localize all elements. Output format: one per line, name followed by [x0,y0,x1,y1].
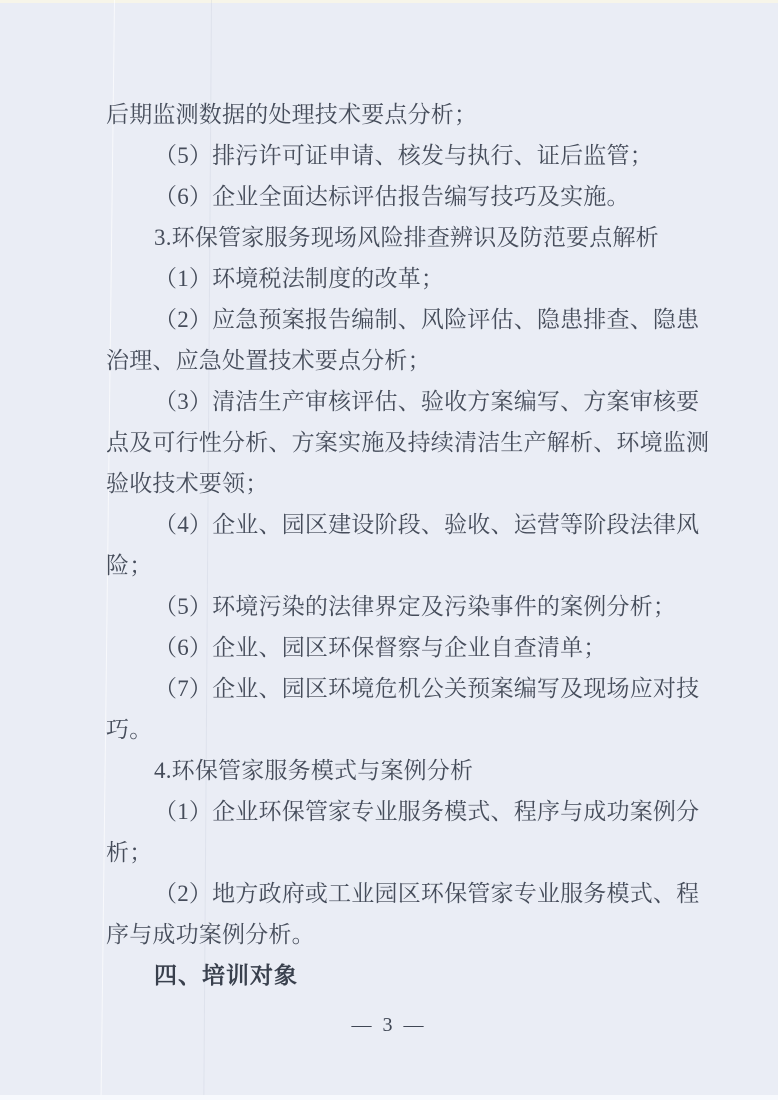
paragraph-line: （5）排污许可证申请、核发与执行、证后监管； [106,135,706,176]
paragraph-line: （5）环境污染的法律界定及污染事件的案例分析； [106,586,706,627]
page-number: — 3 — [0,1010,778,1040]
paragraph-line: （6）企业、园区环保督察与企业自查清单； [106,627,706,668]
paragraph-line: 治理、应急处置技术要点分析； [106,340,706,381]
paragraph-line: 验收技术要领； [106,463,706,504]
paragraph-line: （6）企业全面达标评估报告编写技巧及实施。 [106,176,706,217]
paragraph-line: （2）应急预案报告编制、风险评估、隐患排查、隐患 [106,299,706,340]
section-heading-bold: 四、培训对象 [106,955,706,996]
section-heading: 4.环保管家服务模式与案例分析 [106,750,706,791]
scan-edge-top [0,0,778,3]
paragraph-line: （2）地方政府或工业园区环保管家专业服务模式、程 [106,873,706,914]
paragraph-line: 析； [106,832,706,873]
paragraph-line: 序与成功案例分析。 [106,914,706,955]
document-page: 后期监测数据的处理技术要点分析； （5）排污许可证申请、核发与执行、证后监管； … [0,0,778,1100]
section-heading: 3.环保管家服务现场风险排查辨识及防范要点解析 [106,217,706,258]
paragraph-line: 后期监测数据的处理技术要点分析； [106,94,706,135]
paragraph-line: （7）企业、园区环境危机公关预案编写及现场应对技 [106,668,706,709]
paragraph-line: 巧。 [106,709,706,750]
document-body: 后期监测数据的处理技术要点分析； （5）排污许可证申请、核发与执行、证后监管； … [106,94,706,996]
scan-edge-bottom [0,1095,778,1100]
paragraph-line: 点及可行性分析、方案实施及持续清洁生产解析、环境监测 [106,422,706,463]
paragraph-line: 险； [106,545,706,586]
paragraph-line: （4）企业、园区建设阶段、验收、运营等阶段法律风 [106,504,706,545]
paragraph-line: （3）清洁生产审核评估、验收方案编写、方案审核要 [106,381,706,422]
paragraph-line: （1）企业环保管家专业服务模式、程序与成功案例分 [106,791,706,832]
paragraph-line: （1）环境税法制度的改革； [106,258,706,299]
